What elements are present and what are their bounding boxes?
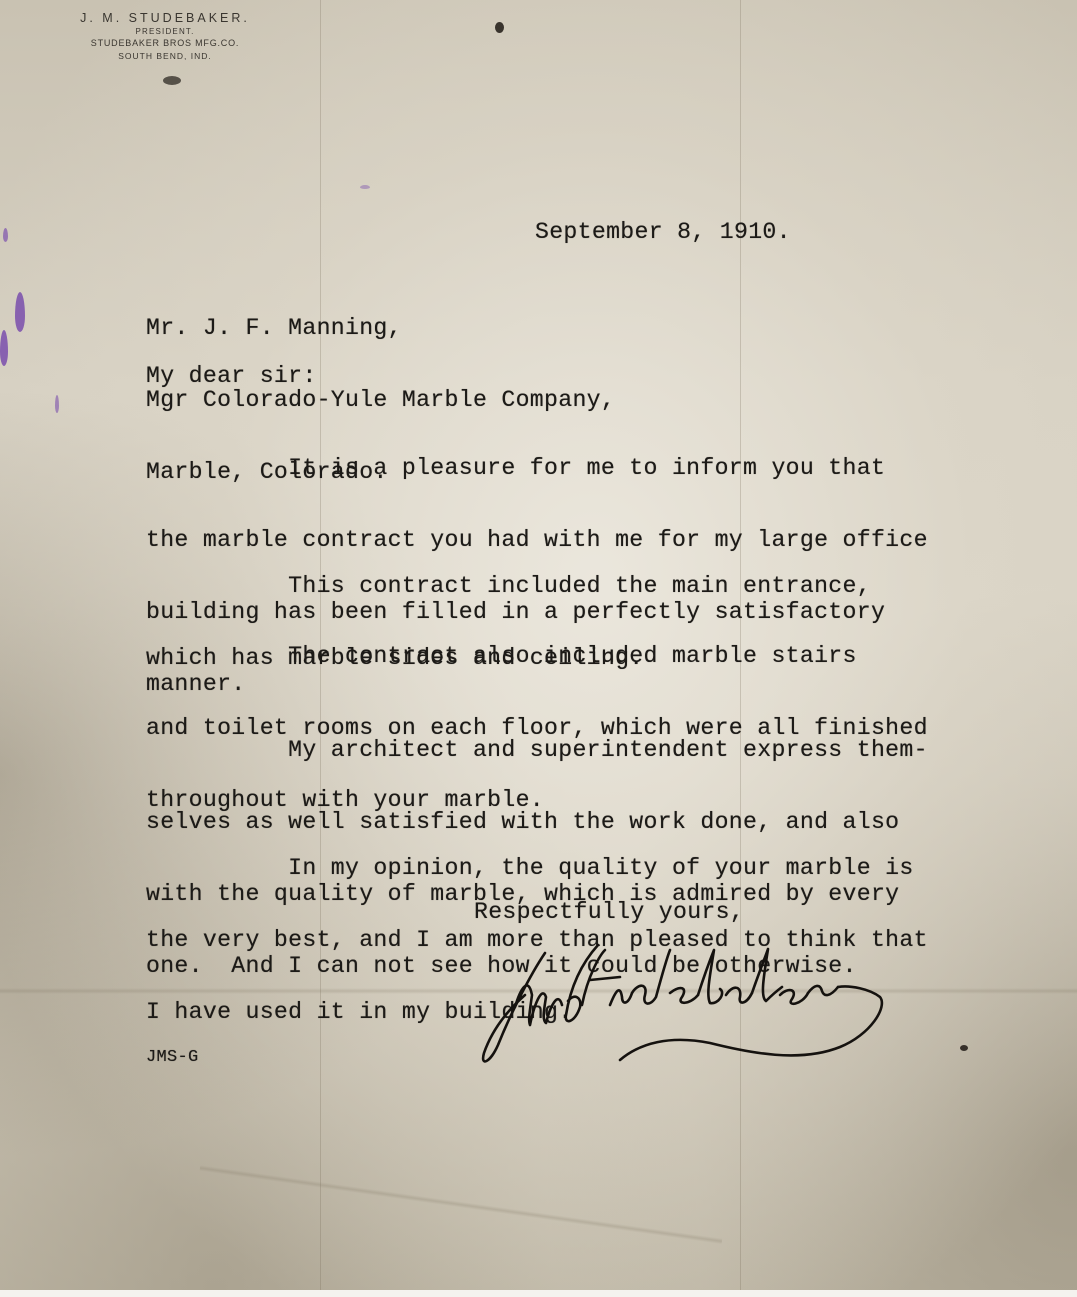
letter-date: September 8, 1910.	[535, 220, 791, 244]
paragraph-line: The contract also included marble stairs	[146, 644, 928, 668]
ink-blot	[163, 76, 181, 85]
recipient-name: Mr. J. F. Manning,	[146, 316, 615, 340]
ink-stain	[55, 395, 59, 413]
ink-stain	[0, 330, 8, 366]
ink-blot	[495, 22, 504, 33]
signature-icon	[470, 935, 990, 1075]
paragraph-line: My architect and superintendent express …	[146, 738, 928, 762]
paragraph-line: This contract included the main entrance…	[146, 574, 871, 598]
letterhead-city: SOUTH BEND, IND.	[40, 52, 290, 61]
letterhead-title: PRESIDENT.	[40, 28, 290, 36]
salutation: My dear sir:	[146, 364, 317, 388]
paragraph-line: In my opinion, the quality of your marbl…	[146, 856, 928, 880]
ink-stain	[360, 185, 370, 189]
ink-stain	[15, 292, 25, 332]
closing: Respectfully yours,	[474, 900, 744, 924]
typist-initials: JMS-G	[146, 1046, 199, 1070]
paragraph-line: It is a pleasure for me to inform you th…	[146, 456, 928, 480]
letterhead-company: STUDEBAKER BROS MFG.CO.	[40, 39, 290, 48]
letterhead: J. M. STUDEBAKER. PRESIDENT. STUDEBAKER …	[40, 12, 290, 60]
letterhead-name: J. M. STUDEBAKER.	[40, 12, 290, 25]
letter-page: J. M. STUDEBAKER. PRESIDENT. STUDEBAKER …	[0, 0, 1077, 1290]
ink-stain	[3, 228, 8, 242]
paper-crease	[200, 1165, 723, 1244]
